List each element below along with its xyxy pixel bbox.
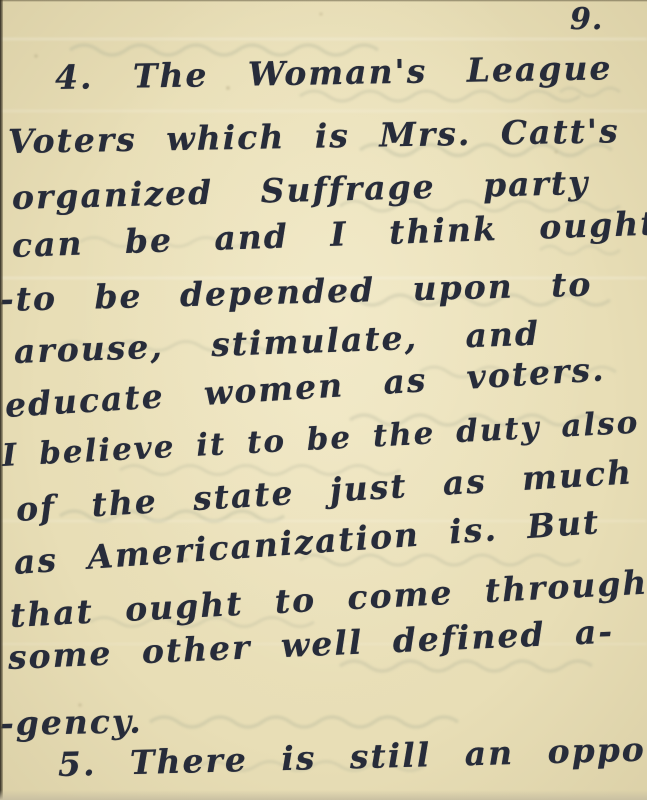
page-edge-top [0,0,647,2]
handwritten-line: -gency. [0,702,143,743]
paper-crease [0,38,647,40]
page-edge-bottom [0,790,647,800]
page-edge-left [0,0,3,800]
manuscript-page: 9. 4. The Woman's League of Voters which… [0,0,647,800]
page-number: 9. [570,2,603,37]
